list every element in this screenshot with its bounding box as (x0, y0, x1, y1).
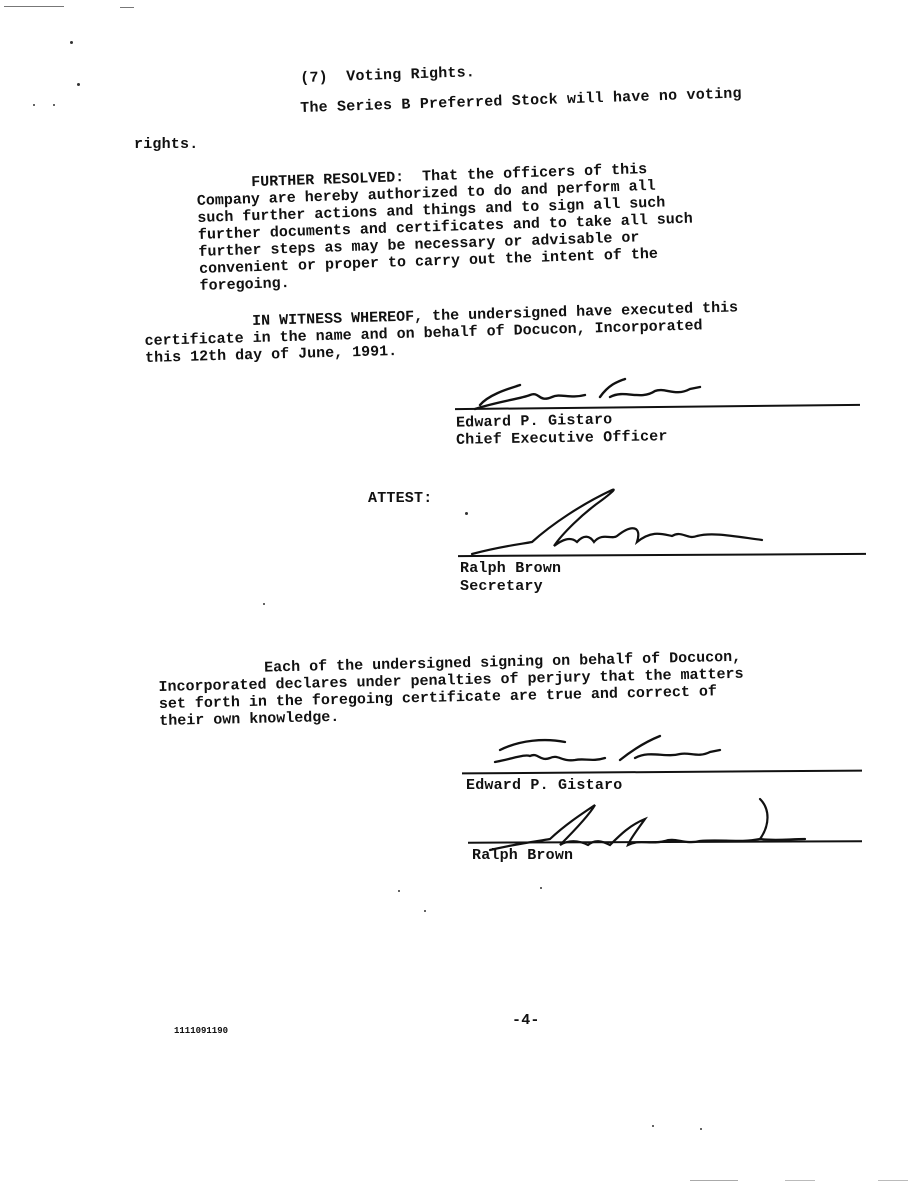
scan-speck (700, 1128, 702, 1130)
scan-artifact-line (4, 6, 64, 7)
final-signatory-name: Edward P. Gistaro (466, 777, 622, 795)
document-page: (7) Voting Rights. The Series B Preferre… (0, 0, 918, 1188)
signature-brown (462, 484, 802, 564)
paragraph-line: foregoing. (199, 275, 290, 295)
attest-name: Ralph Brown (460, 560, 561, 578)
section-body-line: The Series B Preferred Stock will have n… (300, 85, 742, 118)
document-id: 1111091190 (174, 1022, 228, 1040)
section-body-line: rights. (134, 136, 198, 154)
scan-speck (652, 1125, 654, 1127)
scan-artifact-line (878, 1180, 908, 1181)
final-signatory-name: Ralph Brown (472, 847, 573, 865)
signatory-title: Chief Executive Officer (456, 428, 668, 450)
scan-artifact-line (120, 7, 134, 8)
scan-speck (70, 41, 73, 44)
attest-label: ATTEST: (368, 490, 432, 508)
scan-artifact-line (785, 1180, 815, 1181)
paragraph-line: their own knowledge. (159, 709, 339, 731)
scan-speck (398, 890, 400, 892)
scan-speck (540, 887, 542, 889)
scan-speck (263, 603, 265, 605)
section-heading: (7) Voting Rights. (300, 64, 475, 88)
scan-speck (33, 104, 35, 106)
signature-gistaro-final (470, 730, 750, 775)
scan-speck (53, 104, 55, 106)
scan-artifact-line (690, 1180, 738, 1181)
scan-speck (424, 910, 426, 912)
attest-title: Secretary (460, 578, 543, 596)
page-number: -4- (512, 1012, 540, 1030)
scan-speck (77, 83, 80, 86)
